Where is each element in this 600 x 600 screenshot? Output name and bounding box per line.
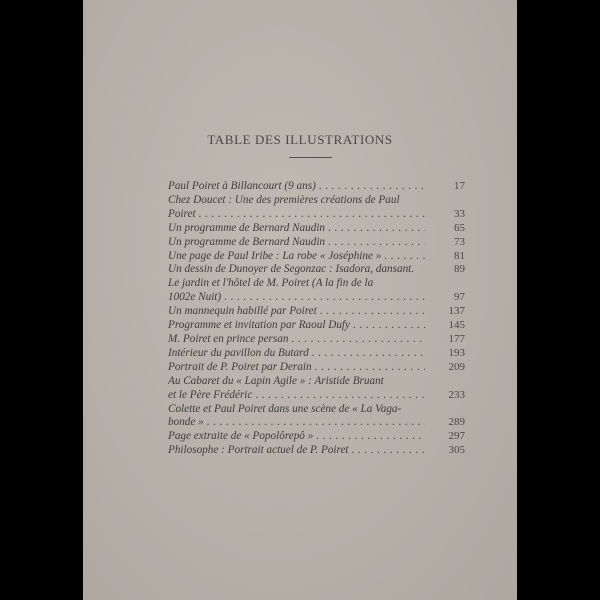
dot-leader (325, 236, 425, 248)
toc-entry: Un mannequin habillé par Poiret 137 (168, 305, 465, 319)
dot-leader (309, 347, 425, 359)
dot-leader (252, 389, 425, 401)
entry-page-number: 193 (425, 347, 465, 361)
dot-leader (312, 361, 425, 373)
entry-title: Paul Poiret à Billancourt (9 ans) (168, 180, 316, 192)
entry-page-number: 177 (425, 333, 465, 347)
entry-title: Page extraite de « Popolôrepô » (168, 430, 313, 442)
entry-title: Programme et invitation par Raoul Dufy (168, 319, 350, 331)
entry-title-continued: Poiret (168, 208, 196, 220)
title-divider (289, 157, 332, 158)
entry-page-number: 289 (425, 416, 465, 430)
entry-page-number: 33 (425, 208, 465, 222)
entry-page-number: 305 (425, 444, 465, 458)
toc-entry: Intérieur du pavillon du Butard 193 (168, 347, 465, 361)
toc-entry: Paul Poiret à Billancourt (9 ans) 17 (168, 180, 465, 194)
dot-leader (204, 416, 425, 428)
entry-page-number: 81 (425, 250, 465, 264)
toc-entry: Au Cabaret du « Lapin Agile » : Aristide… (168, 375, 465, 403)
entry-page-number: 17 (425, 180, 465, 194)
dot-leader (350, 319, 425, 331)
entry-title-continued: et le Père Frédéric (168, 389, 252, 401)
entry-title: Un programme de Bernard Naudin (168, 236, 325, 248)
table-of-illustrations: Paul Poiret à Billancourt (9 ans) 17 Che… (168, 180, 465, 458)
entry-title: Un dessin de Dunoyer de Segonzac : Isado… (168, 263, 414, 275)
toc-entry: Philosophe : Portrait actuel de P. Poire… (168, 444, 465, 458)
toc-entry: Page extraite de « Popolôrepô » 297 (168, 430, 465, 444)
entry-title: Portrait de P. Poiret par Derain (168, 361, 312, 373)
book-page: TABLE DES ILLUSTRATIONS Paul Poiret à Bi… (83, 0, 517, 600)
entry-title-continued: 1002e Nuit) (168, 291, 221, 303)
toc-entry: Le jardin et l'hôtel de M. Poiret (A la … (168, 277, 465, 305)
dot-leader (349, 444, 425, 456)
toc-entry: Un programme de Bernard Naudin 73 (168, 236, 465, 250)
entry-title: Intérieur du pavillon du Butard (168, 347, 309, 359)
toc-entry: Un programme de Bernard Naudin 65 (168, 222, 465, 236)
toc-entry: M. Poiret en prince persan 177 (168, 333, 465, 347)
entry-title-continued: bonde » (168, 416, 204, 428)
entry-title: Un programme de Bernard Naudin (168, 222, 325, 234)
dot-leader (313, 430, 425, 442)
entry-page-number: 73 (425, 236, 465, 250)
entry-title: Chez Doucet : Une des premières création… (168, 194, 425, 208)
entry-page-number: 297 (425, 430, 465, 444)
entry-title: Au Cabaret du « Lapin Agile » : Aristide… (168, 375, 425, 389)
toc-entry: Portrait de P. Poiret par Derain 209 (168, 361, 465, 375)
entry-title: Le jardin et l'hôtel de M. Poiret (A la … (168, 277, 425, 291)
dot-leader (288, 333, 425, 345)
toc-entry: Une page de Paul Iribe : La robe « Josép… (168, 250, 465, 264)
toc-entry: Chez Doucet : Une des premières création… (168, 194, 465, 222)
dot-leader (381, 250, 425, 262)
entry-title: Un mannequin habillé par Poiret (168, 305, 317, 317)
entry-page-number: 209 (425, 361, 465, 375)
entry-page-number: 89 (425, 263, 465, 277)
toc-entry: Programme et invitation par Raoul Dufy 1… (168, 319, 465, 333)
entry-page-number: 65 (425, 222, 465, 236)
entry-page-number: 233 (425, 389, 465, 403)
dot-leader (317, 305, 425, 317)
dot-leader (196, 208, 425, 220)
dot-leader (316, 180, 425, 192)
page-title: TABLE DES ILLUSTRATIONS (83, 132, 517, 148)
entry-page-number: 137 (425, 305, 465, 319)
entry-page-number: 145 (425, 319, 465, 333)
entry-title: Philosophe : Portrait actuel de P. Poire… (168, 444, 349, 456)
dot-leader (325, 222, 425, 234)
entry-title: Une page de Paul Iribe : La robe « Josép… (168, 250, 381, 262)
entry-title: M. Poiret en prince persan (168, 333, 288, 345)
dot-leader (221, 291, 425, 303)
entry-page-number: 97 (425, 291, 465, 305)
entry-title: Colette et Paul Poiret dans une scène de… (168, 403, 425, 417)
toc-entry: Colette et Paul Poiret dans une scène de… (168, 403, 465, 431)
toc-entry: Un dessin de Dunoyer de Segonzac : Isado… (168, 263, 465, 277)
